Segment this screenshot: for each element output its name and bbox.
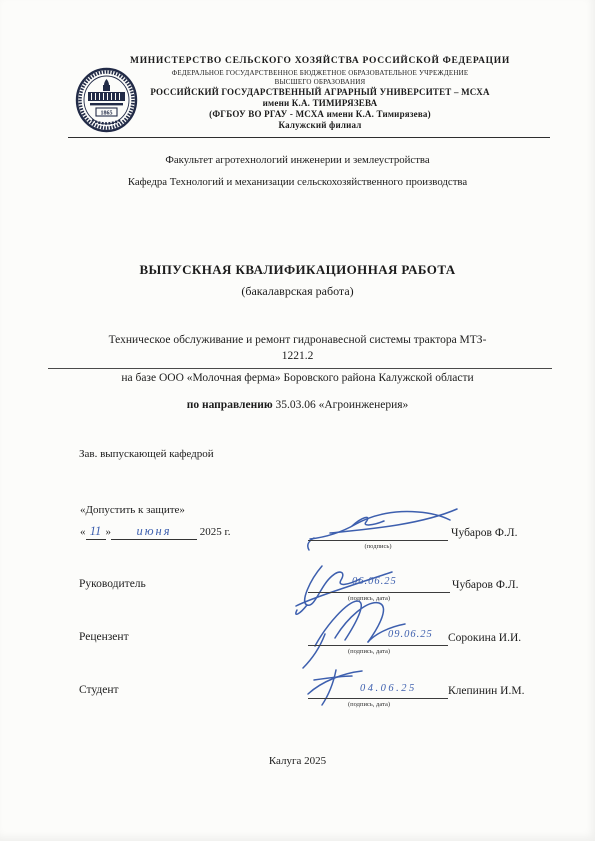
branch-line: Калужский филиал	[95, 120, 545, 131]
topic-line-3: на базе ООО «Молочная ферма» Боровского …	[0, 372, 595, 384]
department-line: Кафедра Технологий и механизации сельско…	[0, 176, 595, 188]
handwritten-date-supervisor: 06.06.25	[352, 576, 397, 587]
signature-line	[308, 540, 448, 541]
reviewer-name: Сорокина И.И.	[448, 632, 521, 644]
head-of-department-label: Зав. выпускающей кафедрой	[79, 448, 214, 460]
university-line-3: (ФГБОУ ВО РГАУ - МСХА имени К.А. Тимиряз…	[95, 109, 545, 120]
handwritten-date-student: 04.06.25	[360, 683, 417, 694]
admit-date-line: «11»июня 2025 г.	[80, 524, 231, 540]
fgbou-line-1: ФЕДЕРАЛЬНОЕ ГОСУДАРСТВЕННОЕ БЮДЖЕТНОЕ ОБ…	[95, 69, 545, 78]
direction-line: по направлению 35.03.06 «Агроинженерия»	[0, 399, 595, 411]
signature-caption: (подпись)	[308, 543, 448, 550]
handwritten-day: 11	[86, 524, 106, 540]
work-subtype: (бакалаврская работа)	[0, 284, 595, 299]
topic-line-2: 1221.2	[0, 350, 595, 362]
student-name: Клепинин И.М.	[448, 685, 524, 697]
direction-value: 35.03.06 «Агроинженерия»	[275, 399, 408, 411]
supervisor-name: Чубаров Ф.Л.	[452, 579, 518, 591]
faculty-line: Факультет агротехнологий инженерии и зем…	[0, 154, 595, 166]
signature-caption: (подпись, дата)	[308, 648, 430, 655]
admit-year: 2025 г.	[200, 526, 231, 538]
university-line-2: имени К.А. ТИМИРЯЗЕВА	[95, 98, 545, 109]
handwritten-month: июня	[111, 524, 197, 540]
city-year: Калуга 2025	[0, 755, 595, 767]
signature-line	[308, 592, 450, 593]
fgbou-line-2: ВЫСШЕГО ОБРАЗОВАНИЯ	[95, 78, 545, 87]
student-label: Студент	[79, 684, 119, 696]
direction-label: по направлению	[187, 399, 273, 411]
handwritten-date-reviewer: 09.06.25	[388, 629, 433, 640]
work-type-title: ВЫПУСКНАЯ КВАЛИФИКАЦИОННАЯ РАБОТА	[0, 262, 595, 278]
header-divider	[68, 137, 550, 138]
signature-line	[308, 698, 448, 699]
supervisor-label: Руководитель	[79, 578, 146, 590]
signature-line	[308, 645, 448, 646]
admit-to-defense-label: «Допустить к защите»	[80, 504, 185, 516]
topic-underline	[48, 368, 552, 369]
topic-line-1: Техническое обслуживание и ремонт гидрон…	[0, 334, 595, 346]
signature-head-of-department	[300, 502, 460, 549]
reviewer-label: Рецензент	[79, 631, 129, 643]
signature-caption: (подпись, дата)	[308, 701, 430, 708]
university-line-1: РОССИЙСКИЙ ГОСУДАРСТВЕННЫЙ АГРАРНЫЙ УНИВ…	[95, 87, 545, 98]
letterhead: МИНИСТЕРСТВО СЕЛЬСКОГО ХОЗЯЙСТВА РОССИЙС…	[95, 56, 545, 131]
head-of-department-name: Чубаров Ф.Л.	[451, 527, 517, 539]
title-page: 1865 МИНИСТЕРСТВО СЕЛЬСКОГО ХОЗЯЙСТВА РО…	[0, 0, 595, 841]
ministry-line: МИНИСТЕРСТВО СЕЛЬСКОГО ХОЗЯЙСТВА РОССИЙС…	[95, 56, 545, 68]
